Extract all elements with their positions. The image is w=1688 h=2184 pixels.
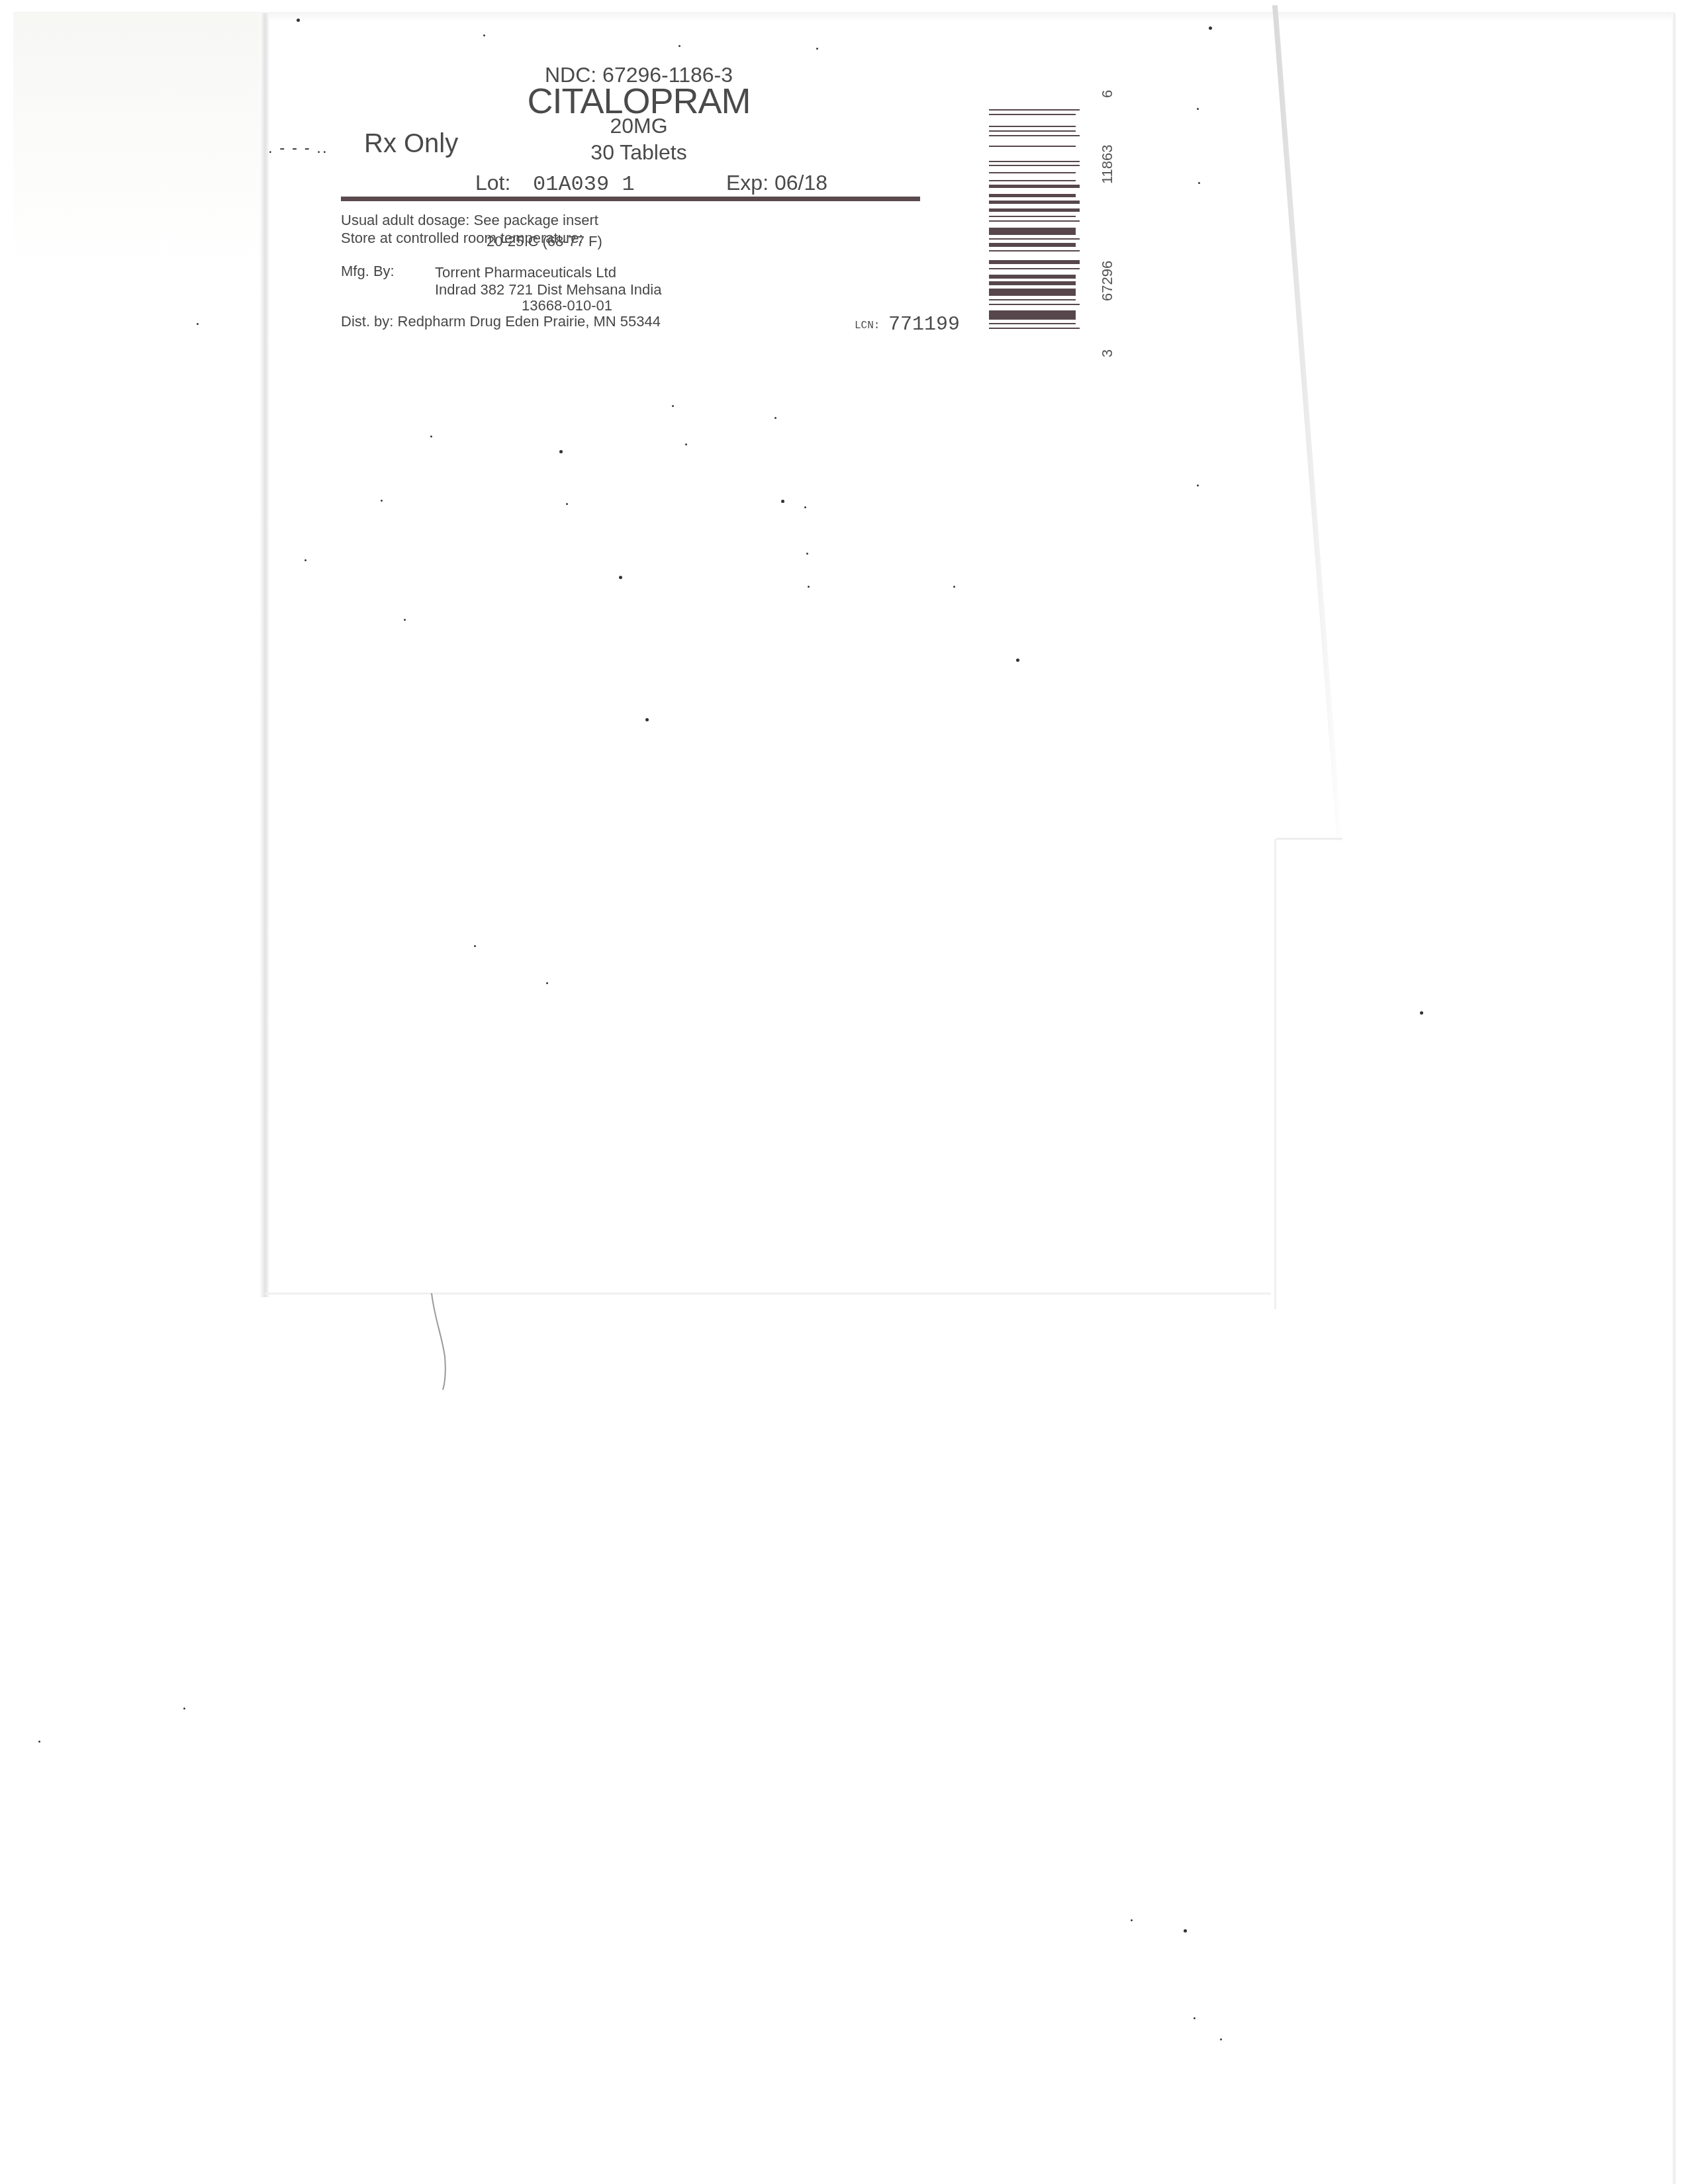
storage-value: 20-25 C (68-77 F) bbox=[487, 233, 602, 250]
manufacturer-label: Mfg. By: bbox=[341, 263, 395, 280]
lot-label: Lot: bbox=[475, 171, 510, 195]
manufacturer-name: Torrent Pharmaceuticals Ltd bbox=[435, 264, 616, 281]
barcode-digits-group2: 11863 bbox=[1099, 144, 1116, 184]
tablet-count: 30 Tablets bbox=[0, 140, 1278, 165]
barcode bbox=[989, 109, 1082, 334]
rx-only: Rx Only bbox=[364, 129, 458, 159]
paper-step-edge bbox=[1276, 838, 1342, 840]
lcn-value: 771199 bbox=[888, 314, 960, 336]
divider-rule bbox=[341, 197, 920, 201]
paper-lower-right-edge bbox=[1274, 839, 1276, 1309]
lcn-label: LCN: bbox=[855, 320, 880, 332]
scan-dots: . - - - .. bbox=[268, 139, 328, 158]
barcode-digit-left: 3 bbox=[1099, 349, 1116, 357]
lot-value: 01A039 1 bbox=[533, 172, 635, 197]
expiration-date: Exp: 06/18 bbox=[726, 171, 827, 195]
paper-bottom-edge bbox=[265, 1293, 1271, 1295]
scan-left-page-shade bbox=[13, 13, 268, 265]
distributor: Dist. by: Redpharm Drug Eden Prairie, MN… bbox=[341, 313, 661, 330]
paper-fold-left bbox=[259, 13, 269, 1297]
barcode-digit-right: 6 bbox=[1099, 90, 1116, 98]
scan-right-edge bbox=[1671, 13, 1675, 2184]
scan-hair-artifact bbox=[430, 1291, 457, 1396]
drug-strength: 20MG bbox=[0, 114, 1278, 138]
manufacturer-address: Indrad 382 721 Dist Mehsana India bbox=[435, 281, 661, 298]
dosage-text: Usual adult dosage: See package insert bbox=[341, 212, 598, 229]
barcode-digits-group1: 67296 bbox=[1099, 261, 1116, 301]
paper-fold-right bbox=[1271, 5, 1344, 846]
manufacturer-code: 13668-010-01 bbox=[522, 297, 612, 314]
